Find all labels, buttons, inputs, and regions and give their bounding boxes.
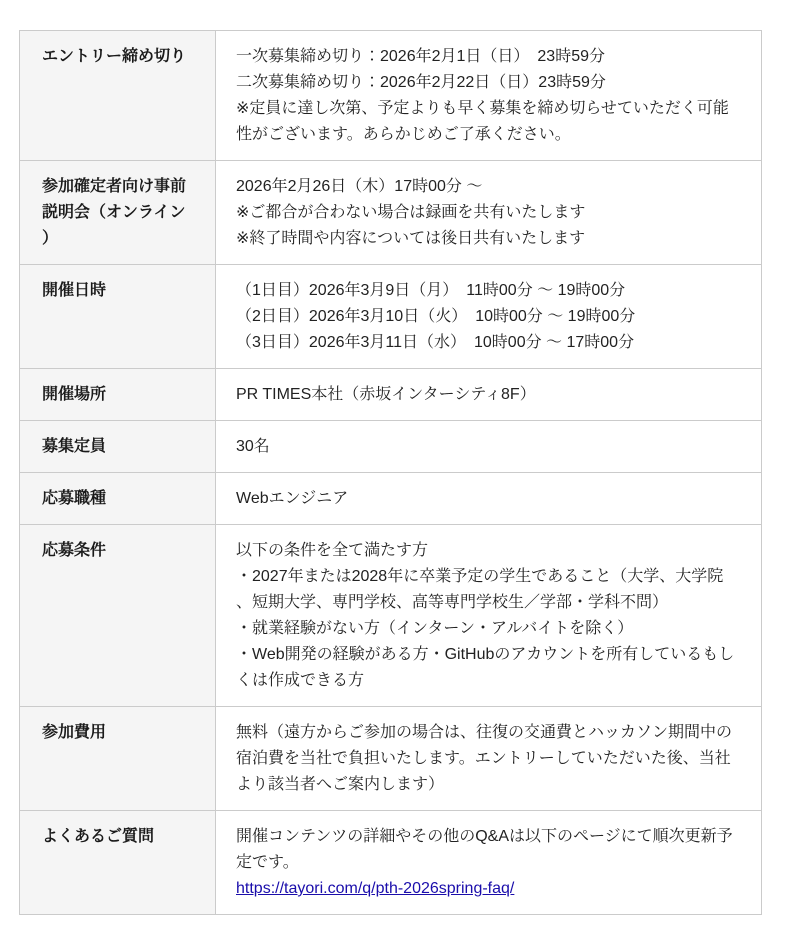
value-line: ※ご都合が合わない場合は録画を共有いたします bbox=[236, 200, 739, 226]
row-label-cell: 開催場所 bbox=[20, 369, 216, 421]
row-label-cell: よくあるご質問 bbox=[20, 811, 216, 915]
faq-link[interactable]: https://tayori.com/q/pth-2026spring-faq/ bbox=[236, 880, 514, 897]
info-table-body: エントリー締め切り一次募集締め切り：2026年2月1日（日） 23時59分二次募… bbox=[20, 31, 762, 915]
value-line: ※終了時間や内容については後日共有いたします bbox=[236, 226, 739, 252]
value-line: 無料（遠方からご参加の場合は、往復の交通費とハッカソン期間中の宿泊費を当社で負担… bbox=[236, 720, 739, 798]
value-line: 2026年2月26日（木）17時00分 〜 bbox=[236, 174, 739, 200]
table-row: 参加確定者向け事前説明会（オンライン）2026年2月26日（木）17時00分 〜… bbox=[20, 161, 762, 265]
event-info-table: エントリー締め切り一次募集締め切り：2026年2月1日（日） 23時59分二次募… bbox=[19, 30, 762, 915]
value-line: ・2027年または2028年に卒業予定の学生であること（大学、大学院、短期大学、… bbox=[236, 564, 739, 616]
row-value-cell: 30名 bbox=[216, 421, 762, 473]
row-label-cell: 募集定員 bbox=[20, 421, 216, 473]
row-label-cell: 応募条件 bbox=[20, 525, 216, 707]
row-label-cell: 応募職種 bbox=[20, 473, 216, 525]
value-line: 30名 bbox=[236, 434, 739, 460]
value-line: （1日目）2026年3月9日（月） 11時00分 〜 19時00分 bbox=[236, 278, 739, 304]
table-row: 応募条件以下の条件を全て満たす方・2027年または2028年に卒業予定の学生であ… bbox=[20, 525, 762, 707]
table-row: 参加費用無料（遠方からご参加の場合は、往復の交通費とハッカソン期間中の宿泊費を当… bbox=[20, 707, 762, 811]
value-line: （3日目）2026年3月11日（水） 10時00分 〜 17時00分 bbox=[236, 330, 739, 356]
value-line: 以下の条件を全て満たす方 bbox=[236, 538, 739, 564]
table-row: 開催場所PR TIMES本社（赤坂インターシティ8F） bbox=[20, 369, 762, 421]
value-line: https://tayori.com/q/pth-2026spring-faq/ bbox=[236, 876, 739, 902]
value-line: ・Web開発の経験がある方・GitHubのアカウントを所有しているもしくは作成で… bbox=[236, 642, 739, 694]
row-value-cell: （1日目）2026年3月9日（月） 11時00分 〜 19時00分（2日目）20… bbox=[216, 265, 762, 369]
value-line: 開催コンテンツの詳細やその他のQ&Aは以下のページにて順次更新予定です。 bbox=[236, 824, 739, 876]
row-label-cell: 参加費用 bbox=[20, 707, 216, 811]
row-value-cell: 2026年2月26日（木）17時00分 〜※ご都合が合わない場合は録画を共有いた… bbox=[216, 161, 762, 265]
value-line: ※定員に達し次第、予定よりも早く募集を締め切らせていただく可能性がございます。あ… bbox=[236, 96, 739, 148]
value-line: （2日目）2026年3月10日（火） 10時00分 〜 19時00分 bbox=[236, 304, 739, 330]
row-label-cell: 開催日時 bbox=[20, 265, 216, 369]
row-label-cell: 参加確定者向け事前説明会（オンライン） bbox=[20, 161, 216, 265]
row-value-cell: 無料（遠方からご参加の場合は、往復の交通費とハッカソン期間中の宿泊費を当社で負担… bbox=[216, 707, 762, 811]
value-line: 一次募集締め切り：2026年2月1日（日） 23時59分 bbox=[236, 44, 739, 70]
value-line: 二次募集締め切り：2026年2月22日（日）23時59分 bbox=[236, 70, 739, 96]
value-line: ・就業経験がない方（インターン・アルバイトを除く） bbox=[236, 616, 739, 642]
row-label-cell: エントリー締め切り bbox=[20, 31, 216, 161]
row-value-cell: 一次募集締め切り：2026年2月1日（日） 23時59分二次募集締め切り：202… bbox=[216, 31, 762, 161]
table-row: エントリー締め切り一次募集締め切り：2026年2月1日（日） 23時59分二次募… bbox=[20, 31, 762, 161]
table-row: 募集定員30名 bbox=[20, 421, 762, 473]
row-value-cell: 以下の条件を全て満たす方・2027年または2028年に卒業予定の学生であること（… bbox=[216, 525, 762, 707]
value-line: PR TIMES本社（赤坂インターシティ8F） bbox=[236, 382, 739, 408]
page: エントリー締め切り一次募集締め切り：2026年2月1日（日） 23時59分二次募… bbox=[0, 0, 800, 947]
row-value-cell: PR TIMES本社（赤坂インターシティ8F） bbox=[216, 369, 762, 421]
row-value-cell: 開催コンテンツの詳細やその他のQ&Aは以下のページにて順次更新予定です。http… bbox=[216, 811, 762, 915]
table-row: よくあるご質問開催コンテンツの詳細やその他のQ&Aは以下のページにて順次更新予定… bbox=[20, 811, 762, 915]
row-value-cell: Webエンジニア bbox=[216, 473, 762, 525]
table-row: 応募職種Webエンジニア bbox=[20, 473, 762, 525]
table-row: 開催日時（1日目）2026年3月9日（月） 11時00分 〜 19時00分（2日… bbox=[20, 265, 762, 369]
value-line: Webエンジニア bbox=[236, 486, 739, 512]
